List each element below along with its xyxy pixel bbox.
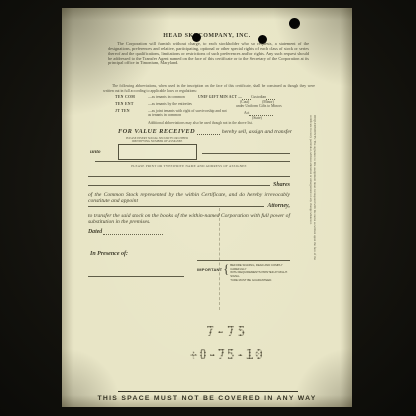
company-name: HEAD SKI COMPANY, INC. bbox=[62, 33, 352, 39]
unto-write-line bbox=[202, 153, 290, 154]
print-caption: PLEASE PRINT OR TYPEWRITE NAME AND ADDRE… bbox=[88, 164, 290, 168]
custodian-label: Custodian bbox=[251, 95, 266, 100]
blank-leader bbox=[249, 112, 273, 116]
punch-hole bbox=[289, 18, 300, 29]
dated-write-line bbox=[103, 229, 163, 235]
assignee-id-box-label: PLEASE INSERT SOCIAL SECURITY OR OTHER I… bbox=[118, 137, 196, 144]
owner-signature-line bbox=[197, 260, 290, 261]
assignee-address-line bbox=[88, 176, 290, 177]
photo-background: HEAD SKI COMPANY, INC. The Corporation w… bbox=[0, 0, 416, 416]
cust-label: (Cust) bbox=[240, 100, 249, 104]
fold-crease-line bbox=[219, 208, 220, 310]
important-text: BEFORE SIGNING, READ AND COMPLY CAREFULL… bbox=[230, 263, 293, 282]
important-text-line3: TURE MUST BE GUARANTEED. bbox=[230, 279, 293, 283]
unif-gift-min-act-block: UNIF GIFT MIN ACT — Custodian (Cust) (Mi… bbox=[198, 95, 308, 120]
brace-glyph: { bbox=[223, 263, 229, 276]
abbreviations-note: Additional abbreviations may also be use… bbox=[148, 121, 318, 125]
dated-line: Dated bbox=[88, 229, 163, 235]
requirements-sidebar-text: REQUIREMENTS: The signature to this assi… bbox=[302, 115, 316, 260]
shares-line: Shares bbox=[88, 180, 290, 188]
stock-certificate-back: HEAD SKI COMPANY, INC. The Corporation w… bbox=[62, 8, 352, 407]
attorney-write-line bbox=[88, 201, 264, 207]
under-uniform-gifts-line: under Uniform Gifts to Minors bbox=[236, 104, 308, 109]
minor-label: (Minor) bbox=[262, 100, 274, 104]
abbr-term: TEN COM bbox=[115, 95, 148, 99]
shares-label: Shares bbox=[270, 182, 290, 188]
important-label: IMPORTANT bbox=[197, 263, 222, 272]
abbr-term: JT TEN bbox=[115, 109, 148, 118]
assignee-name-line bbox=[95, 161, 290, 162]
in-presence-of-label: In Presence of: bbox=[90, 251, 128, 257]
assignee-id-box bbox=[118, 144, 197, 160]
attorney-line: Attorney, bbox=[88, 201, 290, 209]
punch-hole bbox=[192, 33, 201, 42]
requirements-sidebar: REQUIREMENTS: The signature to this assi… bbox=[302, 115, 316, 260]
punch-hole bbox=[258, 35, 267, 44]
for-value-received-label: FOR VALUE RECEIVED bbox=[118, 128, 195, 135]
blank-leader bbox=[197, 129, 220, 135]
furnish-paragraph: The Corporation will furnish without cha… bbox=[108, 42, 309, 66]
important-notice: IMPORTANT { BEFORE SIGNING, READ AND COM… bbox=[197, 263, 293, 282]
dated-label: Dated bbox=[88, 229, 102, 235]
witness-signature-line bbox=[88, 276, 184, 277]
perforated-number-line2: +0-75-10 bbox=[122, 348, 332, 363]
transfer-text: to transfer the said stock on the books … bbox=[88, 213, 290, 226]
unto-label: unto bbox=[90, 149, 101, 155]
for-value-received-line: FOR VALUE RECEIVED hereby sell, assign a… bbox=[118, 128, 292, 135]
abbr-term: TEN ENT bbox=[115, 102, 148, 106]
footer-notice: THIS SPACE MUST NOT BE COVERED IN ANY WA… bbox=[62, 395, 352, 402]
footer-rule bbox=[118, 391, 298, 392]
shares-write-line bbox=[88, 180, 270, 186]
unif-gift-label: UNIF GIFT MIN ACT — bbox=[198, 95, 242, 100]
attorney-label: Attorney, bbox=[264, 203, 290, 209]
abbreviations-intro: The following abbreviations, when used i… bbox=[103, 84, 315, 93]
state-label: (State) bbox=[252, 116, 308, 121]
perforated-number-line1: 7-75 bbox=[122, 325, 332, 340]
hereby-sell-label: hereby sell, assign and transfer bbox=[222, 129, 292, 135]
